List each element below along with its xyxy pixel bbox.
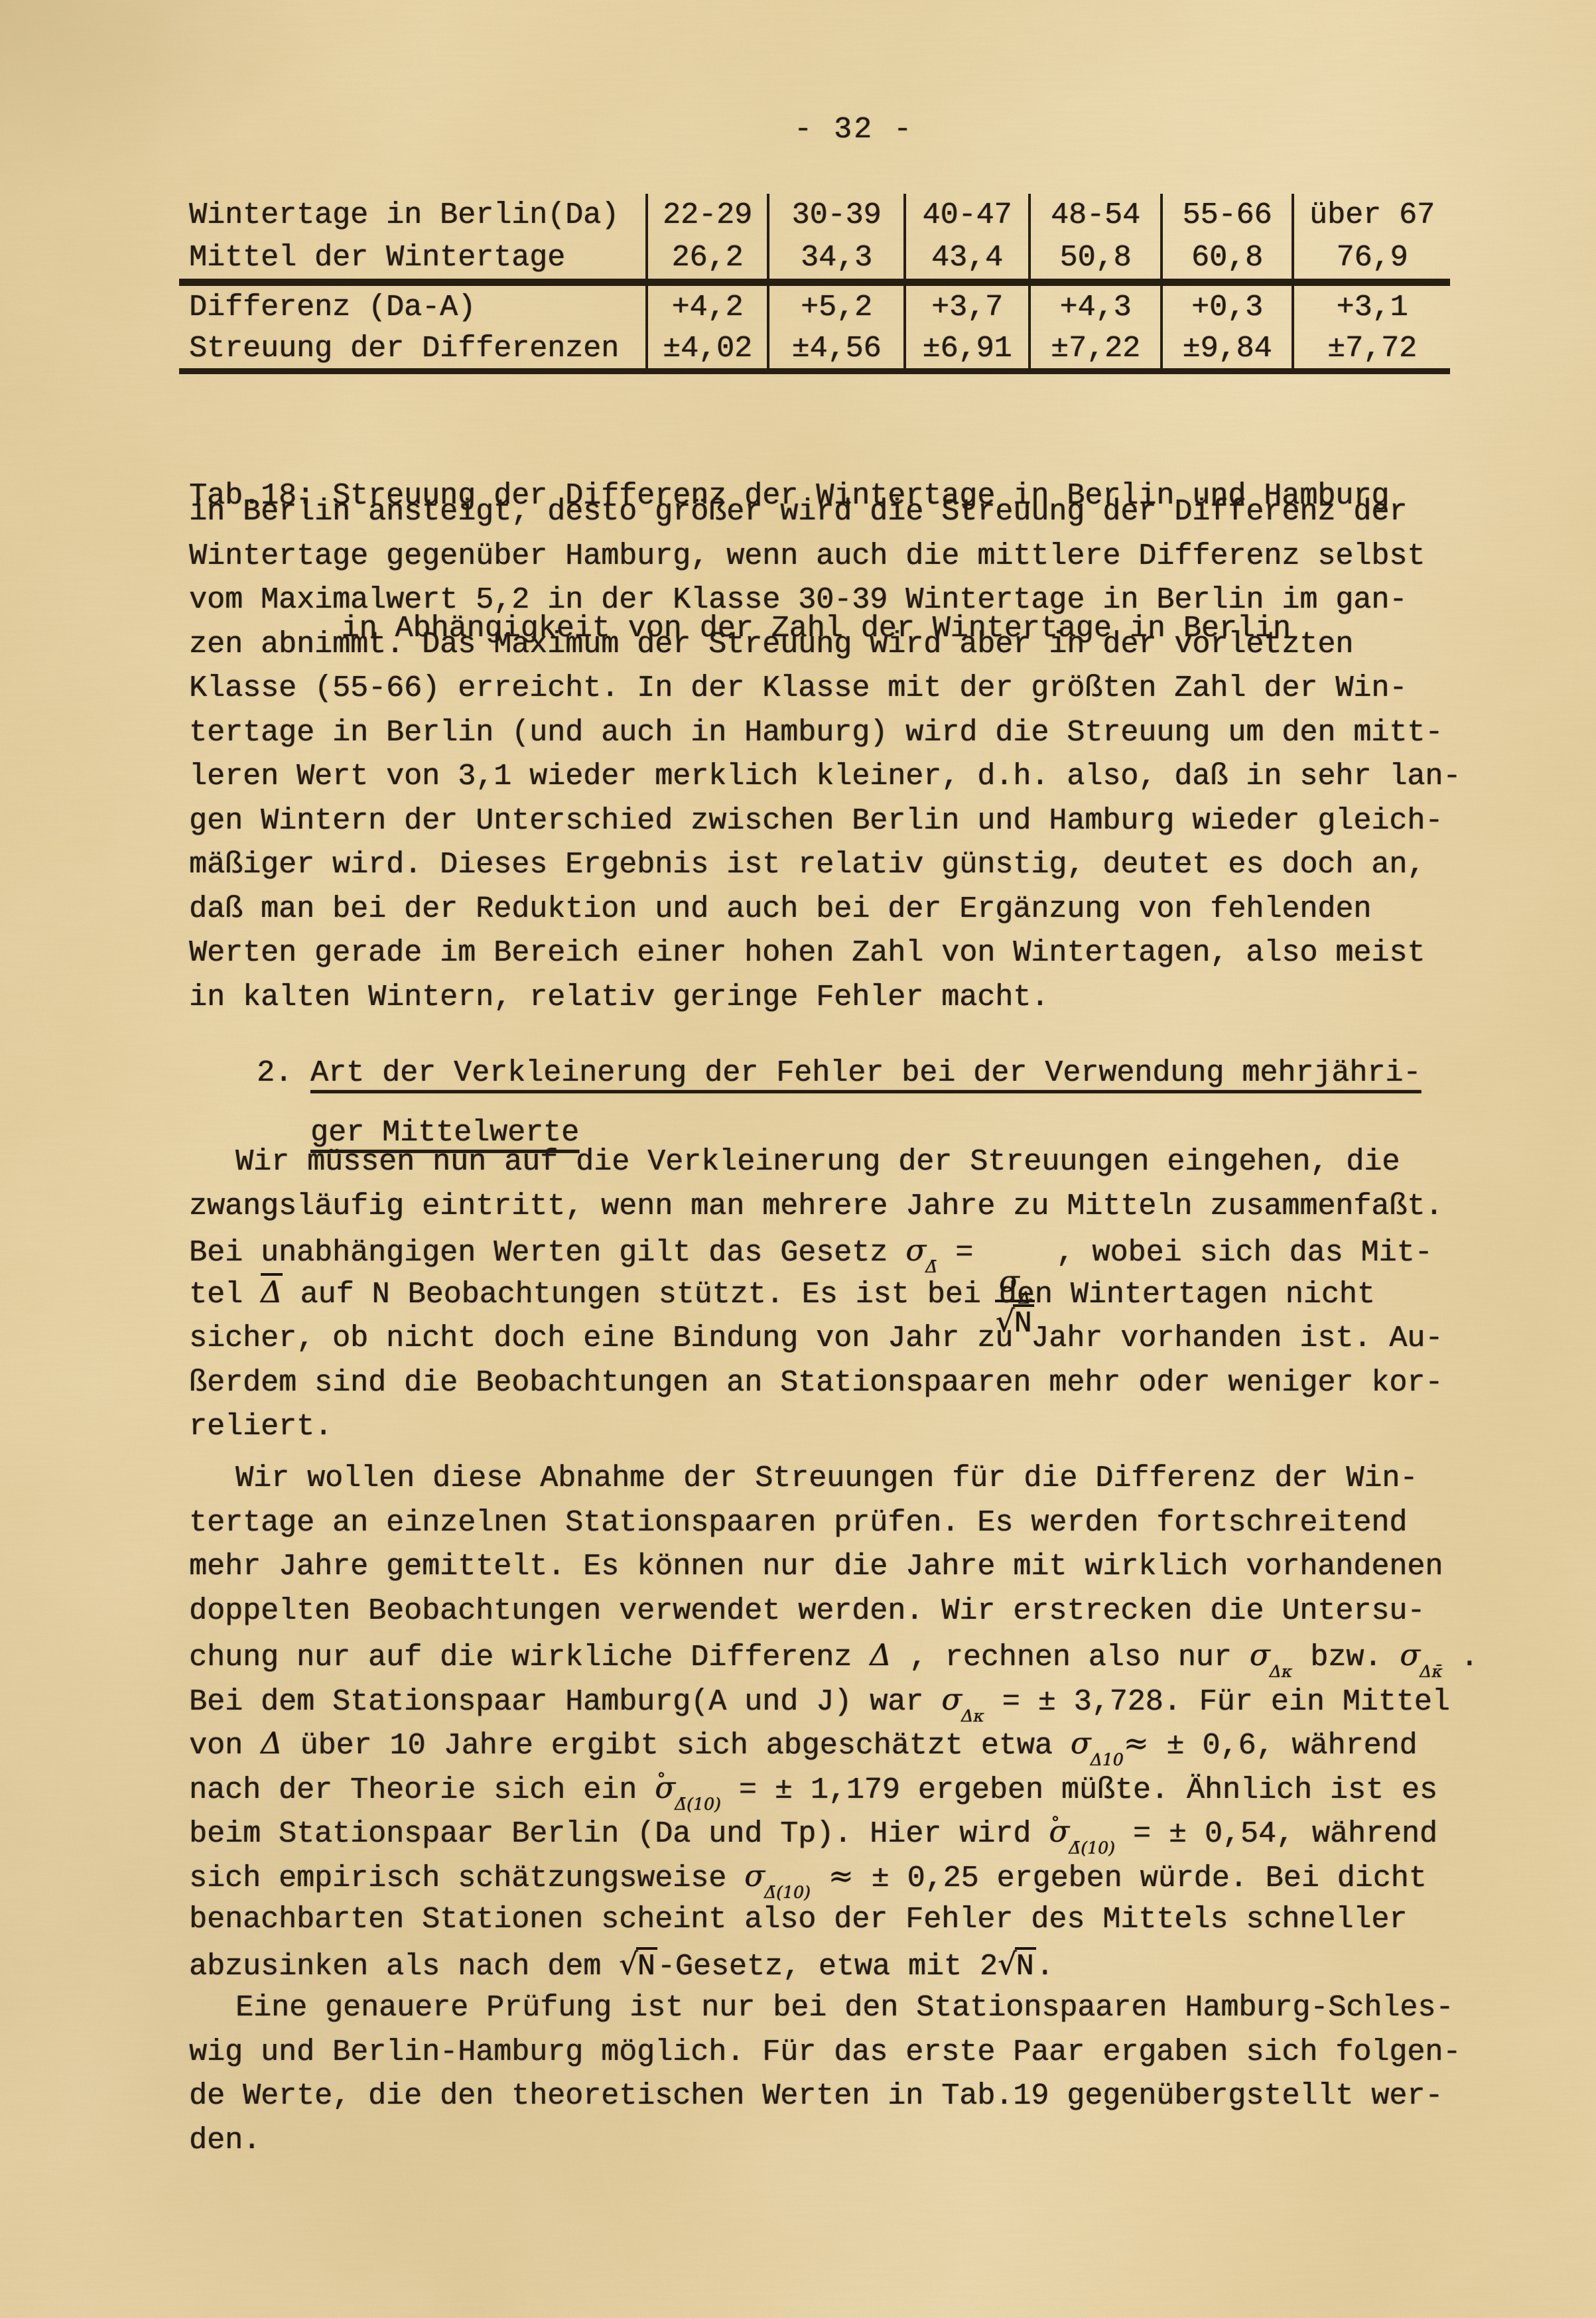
heading-title: Art der Verkleinerung der Fehler bei der… <box>310 1056 1421 1090</box>
math-symbol: ≈ <box>1124 1722 1149 1766</box>
text-line: Wir müssen nun auf die Verkleinerung der… <box>189 1140 1489 1185</box>
text-line: de Werte, die den theoretischen Werten i… <box>189 2075 1489 2119</box>
table-row-label: Wintertage in Berlin(Da) <box>179 194 645 236</box>
text-line: von Δ über 10 Jahre ergibt sich abgeschä… <box>189 1722 1489 1766</box>
paragraph-2: Wir müssen nun auf die Verkleinerung der… <box>189 1140 1489 1450</box>
text-line: abzusinken als nach dem √N-Gesetz, etwa … <box>189 1943 1489 1987</box>
table-cell: 26,2 <box>645 236 767 286</box>
sigma-symbol: σΔ <box>999 1266 1031 1297</box>
math-symbol: Δ <box>261 1722 283 1766</box>
sqrt-formula: √N <box>998 1946 1036 1982</box>
text-line: Werten gerade im Bereich einer hohen Zah… <box>189 931 1489 976</box>
table-cell: 55-66 <box>1160 194 1292 236</box>
table-cell: 40-47 <box>903 194 1028 236</box>
paragraph-3: Wir wollen diese Abnahme der Streuungen … <box>189 1457 1489 1986</box>
text-line: tel Δ auf N Beobachtungen stützt. Es ist… <box>189 1273 1489 1318</box>
table-cell: ±7,22 <box>1028 328 1160 374</box>
text-line: zen abnimmt. Das Maximum der Streuung wi… <box>189 623 1489 667</box>
table-cell: 30-39 <box>767 194 903 236</box>
sigma-symbol: σΔ̄(10) <box>744 1854 811 1899</box>
text-line: doppelten Beobachtungen verwendet werden… <box>189 1590 1489 1634</box>
table-cell: 34,3 <box>767 236 903 286</box>
text-line: tertage in Berlin (und auch in Hamburg) … <box>189 711 1489 756</box>
text-line: ßerdem sind die Beobachtungen an Station… <box>189 1361 1489 1406</box>
table-cell: +4,3 <box>1028 286 1160 328</box>
winter-days-table: Wintertage in Berlin(Da)22-2930-3940-474… <box>179 194 1450 374</box>
text-line: leren Wert von 3,1 wieder merklich klein… <box>189 755 1489 799</box>
table-cell: ±7,72 <box>1292 328 1450 374</box>
table-cell: 60,8 <box>1160 236 1292 286</box>
text-line: benachbarten Stationen scheint also der … <box>189 1898 1489 1943</box>
page-content: - 32 - Wintertage in Berlin(Da)22-2930-3… <box>0 0 1596 2318</box>
text-line: Klasse (55-66) erreicht. In der Klasse m… <box>189 667 1489 711</box>
text-line: Eine genauere Prüfung ist nur bei den St… <box>189 1986 1489 2031</box>
table-cell: 48-54 <box>1028 194 1160 236</box>
text-line: mäßiger wird. Dieses Ergebnis ist relati… <box>189 843 1489 888</box>
sigma-symbol: σΔκ <box>941 1678 984 1722</box>
text-line: reliert. <box>189 1405 1489 1450</box>
heading-number: 2. <box>257 1056 310 1090</box>
page-number: - 32 - <box>0 113 1596 147</box>
table-cell: ±4,02 <box>645 328 767 374</box>
table-cell: +5,2 <box>767 286 903 328</box>
math-symbol: Δ <box>870 1633 892 1678</box>
table-cell: ±6,91 <box>903 328 1028 374</box>
table-cell: +0,3 <box>1160 286 1292 328</box>
text-line: Wintertage gegenüber Hamburg, wenn auch … <box>189 535 1489 579</box>
table-cell: +4,2 <box>645 286 767 328</box>
text-line: daß man bei der Reduktion und auch bei d… <box>189 888 1489 932</box>
text-line: tertage an einzelnen Stationspaaren prüf… <box>189 1501 1489 1546</box>
sigma-symbol: σΔκ̄ <box>1400 1633 1442 1678</box>
sigma-symbol: σΔ10 <box>1071 1722 1124 1766</box>
text-line: mehr Jahre gemittelt. Es können nur die … <box>189 1545 1489 1590</box>
paragraph-1: in Berlin ansteigt, desto größer wird di… <box>189 490 1489 1020</box>
text-line: Bei dem Stationspaar Hamburg(A und J) wa… <box>189 1678 1489 1722</box>
text-line: sicher, ob nicht doch eine Bindung von J… <box>189 1317 1489 1361</box>
text-line: Bei unabhängigen Werten gilt das Gesetz … <box>189 1229 1489 1273</box>
text-line: Wir wollen diese Abnahme der Streuungen … <box>189 1457 1489 1501</box>
text-line: vom Maximalwert 5,2 in der Klasse 30-39 … <box>189 579 1489 623</box>
math-symbol: ≈ <box>829 1854 854 1899</box>
text-line: den. <box>189 2119 1489 2163</box>
text-line: zwangsläufig eintritt, wenn man mehrere … <box>189 1185 1489 1229</box>
sigma-symbol: σΔ̄ <box>905 1229 937 1273</box>
text-line: beim Stationspaar Berlin (Da und Tp). Hi… <box>189 1810 1489 1854</box>
document-page: - 32 - Wintertage in Berlin(Da)22-2930-3… <box>0 0 1596 2318</box>
table-row-label: Differenz (Da-A) <box>179 286 645 328</box>
text-line: gen Wintern der Unterschied zwischen Ber… <box>189 799 1489 844</box>
sigma-symbol: σ°Δ̄(10) <box>1049 1810 1115 1854</box>
sqrt-formula: √N <box>619 1946 657 1982</box>
table-cell: ±4,56 <box>767 328 903 374</box>
table-cell: 22-29 <box>645 194 767 236</box>
text-line: chung nur auf die wirkliche Differenz Δ … <box>189 1633 1489 1678</box>
table-cell: ±9,84 <box>1160 328 1292 374</box>
table-row-label: Streuung der Differenzen <box>179 328 645 374</box>
sigma-symbol: σ°Δ̄(10) <box>655 1766 721 1810</box>
sigma-symbol: σΔκ <box>1250 1633 1292 1678</box>
table-cell: +3,1 <box>1292 286 1450 328</box>
text-line: in kalten Wintern, relativ geringe Fehle… <box>189 976 1489 1020</box>
table-cell: +3,7 <box>903 286 1028 328</box>
math-symbol: Δ <box>261 1273 283 1307</box>
table-cell: 43,4 <box>903 236 1028 286</box>
table-cell: 50,8 <box>1028 236 1160 286</box>
table-row-label: Mittel der Wintertage <box>179 236 645 286</box>
table-cell: über 67 <box>1292 194 1450 236</box>
text-line: in Berlin ansteigt, desto größer wird di… <box>189 490 1489 535</box>
paragraph-4: Eine genauere Prüfung ist nur bei den St… <box>189 1986 1489 2163</box>
heading-line-1: 2. Art der Verkleinerung der Fehler bei … <box>257 1044 1421 1103</box>
text-line: nach der Theorie sich ein σ°Δ̄(10) = ± 1… <box>189 1766 1489 1810</box>
table-cell: 76,9 <box>1292 236 1450 286</box>
text-line: wig und Berlin-Hamburg möglich. Für das … <box>189 2031 1489 2075</box>
text-line: sich empirisch schätzungsweise σΔ̄(10) ≈… <box>189 1854 1489 1899</box>
